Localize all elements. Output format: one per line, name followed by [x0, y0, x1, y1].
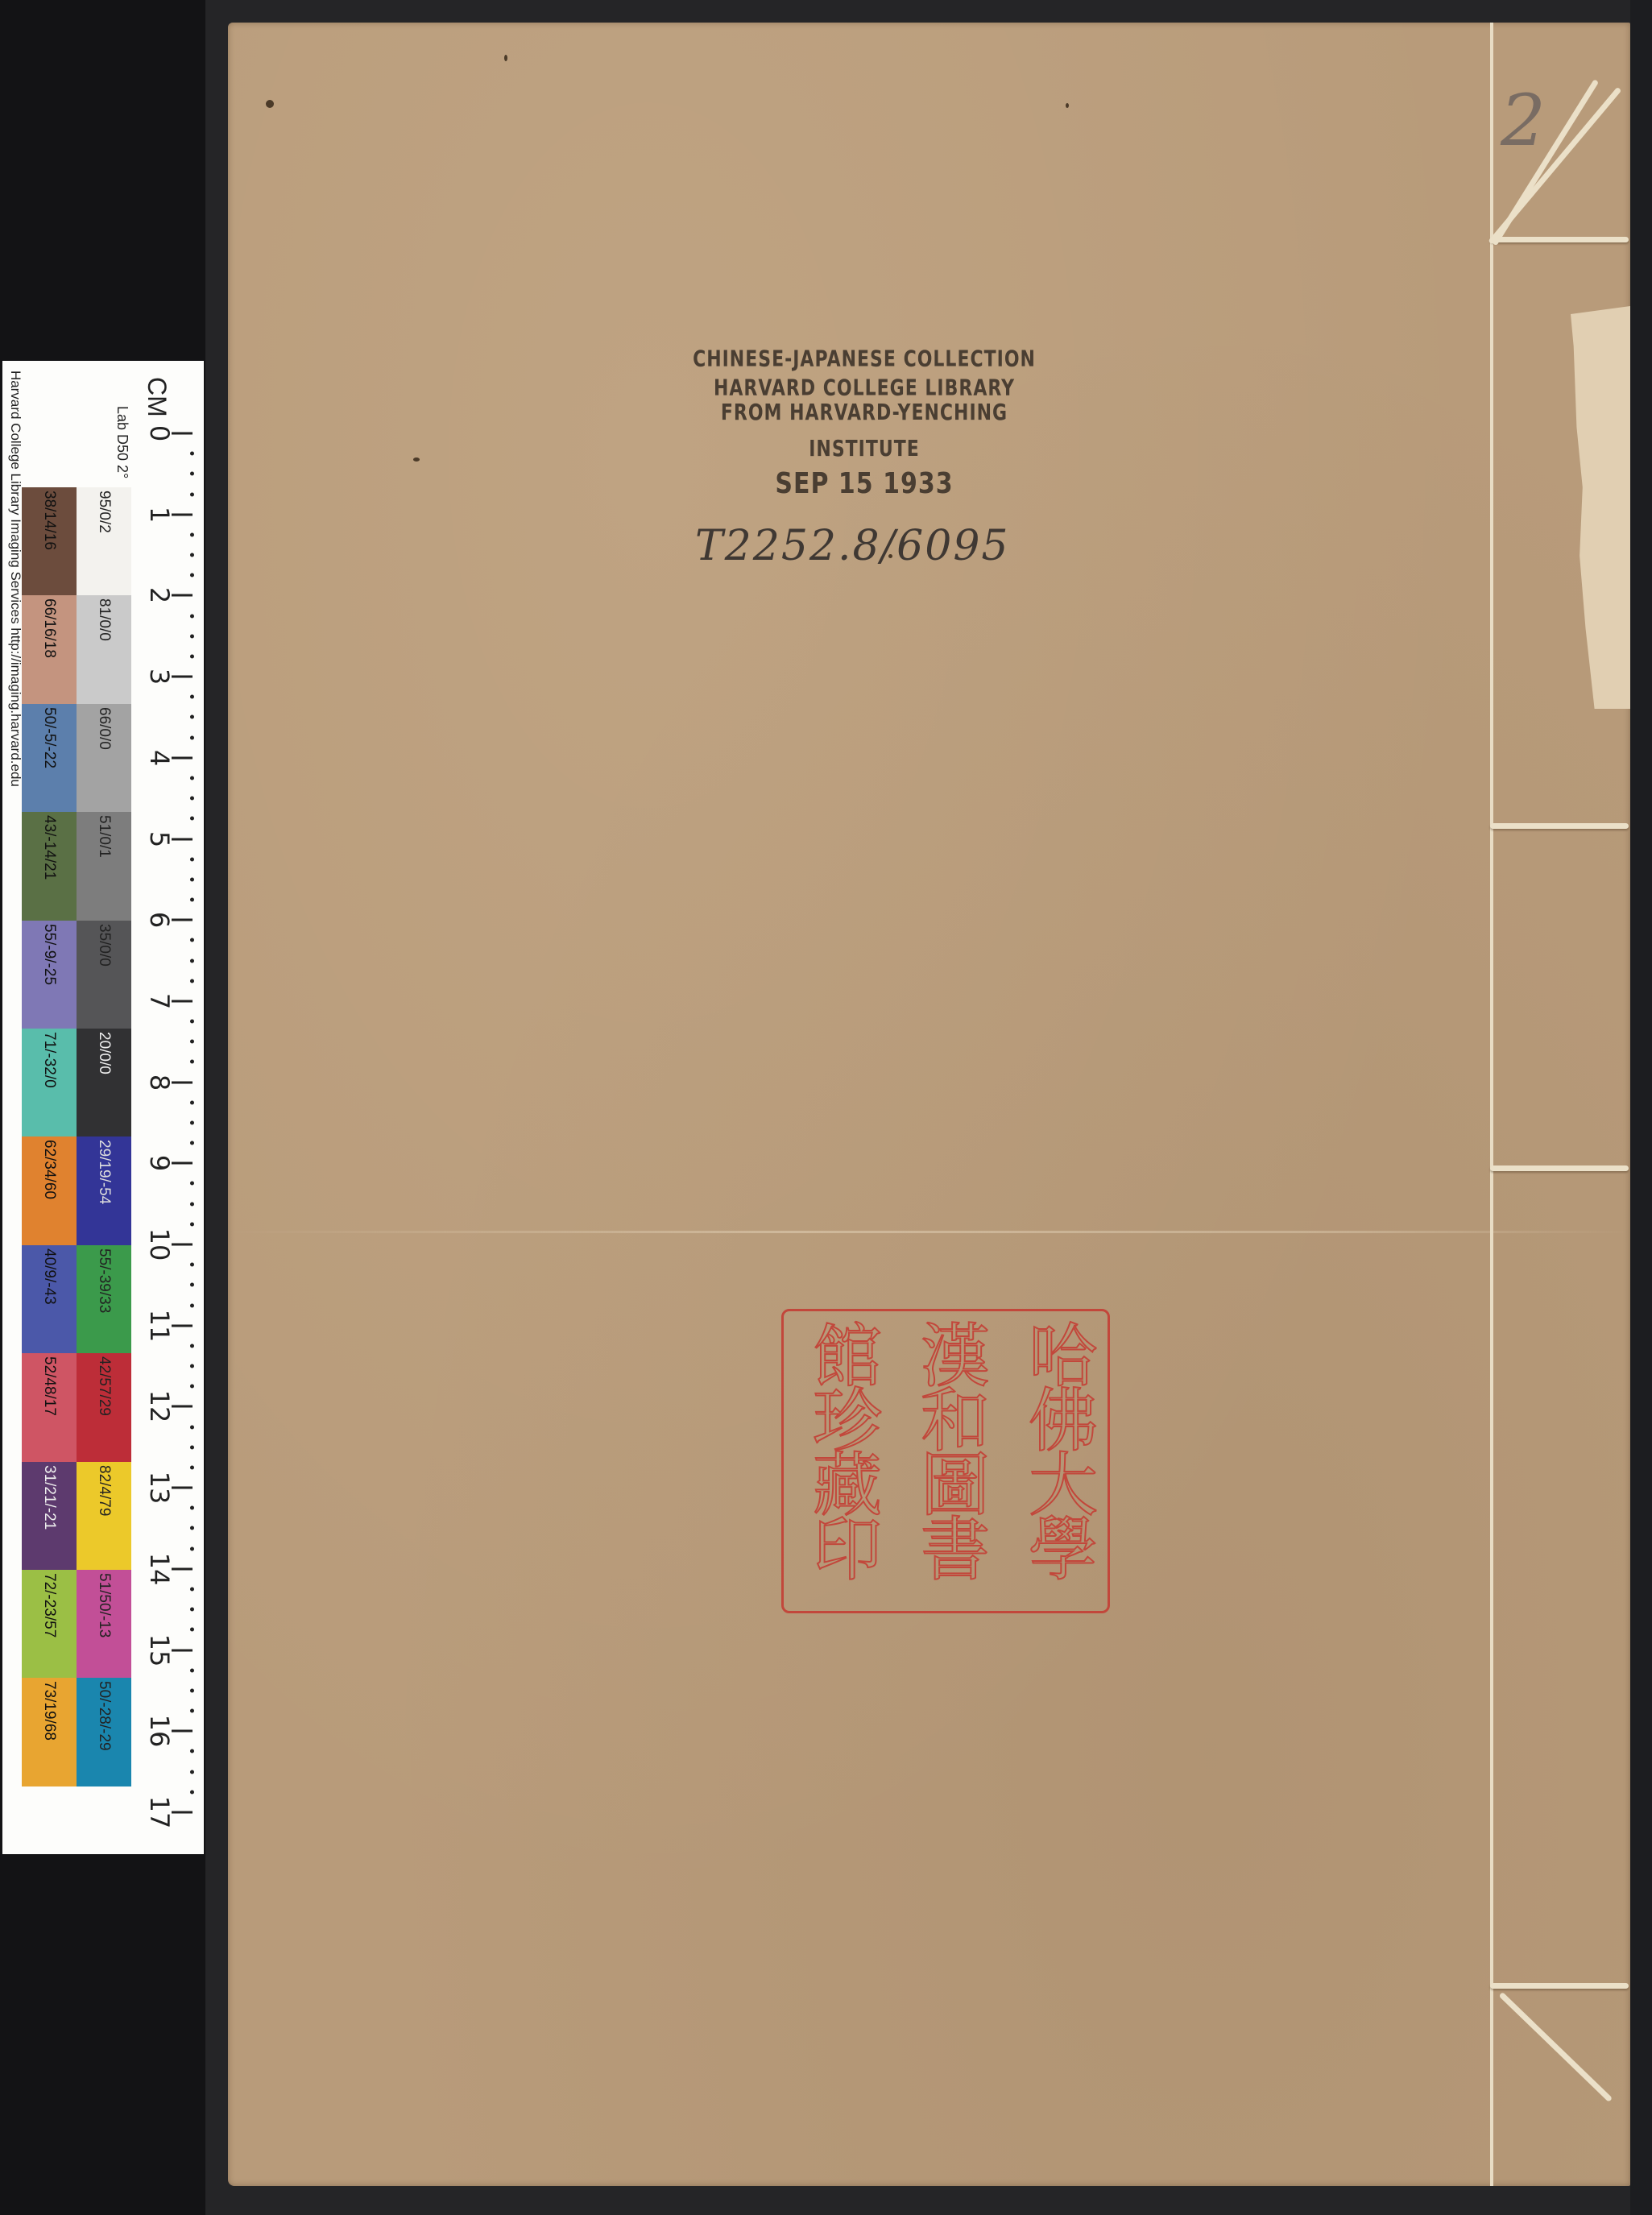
- ruler-dot: [190, 1222, 194, 1226]
- neutral-patch: 20/0/0: [77, 1029, 131, 1136]
- ruler-number: 13: [144, 1472, 175, 1505]
- patch-label: 71/-32/0: [40, 1032, 58, 1088]
- paper-speck: [1066, 103, 1069, 108]
- patch-label: 66/16/18: [40, 598, 58, 658]
- neutral-patch: 50/-28/-29: [77, 1678, 131, 1786]
- patch-label: 95/0/2: [95, 491, 113, 533]
- ruler-dot: [190, 735, 194, 739]
- ruler-dot: [190, 1141, 194, 1145]
- patch-label: 72/-23/57: [40, 1573, 58, 1637]
- ruler-number: 5: [144, 830, 175, 847]
- ruler-tick: [172, 838, 193, 840]
- horizontal-crease: [228, 1231, 1630, 1233]
- ruler-dot: [190, 1546, 194, 1550]
- red-library-seal: 哈佛大學 漢和圖書 館珍藏印: [781, 1309, 1110, 1613]
- ruler-number: 15: [144, 1633, 175, 1666]
- ruler-dot: [190, 1465, 194, 1469]
- patch-label: 82/4/79: [95, 1465, 113, 1516]
- color-patch: 31/21/-21: [22, 1462, 77, 1570]
- ruler-dot: [190, 1506, 194, 1510]
- ruler-tick: [172, 1730, 193, 1733]
- ruler-tick: [172, 676, 193, 678]
- patch-label: 55/-39/33: [95, 1248, 113, 1313]
- neutral-patch: 66/0/0: [77, 704, 131, 812]
- neutral-patch: 82/4/79: [77, 1462, 131, 1570]
- ruler-tick: [172, 1324, 193, 1327]
- pencil-volume-mark: 2: [1501, 79, 1546, 162]
- ruler-dot: [190, 1100, 194, 1104]
- color-patch: 43/-14/21: [22, 812, 77, 920]
- library-acquisition-stamp: CHINESE-JAPANESE COLLECTION HARVARD COLL…: [671, 345, 1058, 504]
- stamp-line-3: FROM HARVARD-YENCHING INSTITUTE: [671, 395, 1058, 468]
- ruler-number: 8: [144, 1074, 175, 1090]
- ruler-number: 2: [144, 587, 175, 603]
- ruler-dot: [190, 695, 194, 699]
- patch-label: 31/21/-21: [40, 1465, 58, 1530]
- ruler-dot: [190, 979, 194, 983]
- binding-stitch-2: [1490, 823, 1629, 829]
- ruler-dot: [190, 1445, 194, 1449]
- patch-label: 81/0/0: [95, 598, 113, 641]
- ruler-tick: [172, 756, 193, 759]
- patch-label: 40/9/-43: [40, 1248, 58, 1305]
- ruler-tick: [172, 1244, 193, 1246]
- ruler-dot: [190, 877, 194, 881]
- ruler-dot: [190, 1628, 194, 1632]
- ruler-dot: [190, 1526, 194, 1530]
- patch-label: 73/19/68: [40, 1681, 58, 1741]
- binding-thread-vertical: [1490, 23, 1493, 2186]
- ruler-tick: [172, 1567, 193, 1570]
- paper-speck: [504, 55, 507, 61]
- ruler-number: 16: [144, 1715, 175, 1748]
- color-patch: 52/48/17: [22, 1353, 77, 1461]
- ruler-dot: [190, 898, 194, 902]
- ruler-dot: [190, 1343, 194, 1348]
- neutral-patch: 55/-39/33: [77, 1245, 131, 1353]
- ruler-dot: [190, 1425, 194, 1429]
- ruler-dot: [190, 1770, 194, 1774]
- seal-column-1: 哈佛大學: [1012, 1319, 1101, 1577]
- ruler-dot: [190, 1608, 194, 1612]
- ruler-tick: [172, 1649, 193, 1651]
- color-patch: 66/16/18: [22, 595, 77, 703]
- patch-label: 20/0/0: [95, 1032, 113, 1074]
- binding-stitch-3: [1490, 1165, 1629, 1171]
- ruler-tick: [172, 919, 193, 921]
- handwritten-call-number: T2252.8/6095: [695, 522, 1010, 570]
- ruler-number: 11: [144, 1309, 175, 1342]
- thread-tail-bottom: [1499, 1992, 1613, 2102]
- seal-column-2: 漢和圖書: [905, 1319, 993, 1577]
- neutral-patch: 51/50/-13: [77, 1570, 131, 1678]
- ruler-number: 17: [144, 1796, 175, 1829]
- ruler-dot: [190, 1385, 194, 1389]
- neutral-patch: 42/57/29: [77, 1353, 131, 1461]
- book-back-cover: CHINESE-JAPANESE COLLECTION HARVARD COLL…: [228, 23, 1630, 2186]
- color-patch: 38/14/16: [22, 487, 77, 595]
- ruler-dot: [190, 797, 194, 801]
- ruler-tick: [172, 1162, 193, 1165]
- ruler-number: 7: [144, 993, 175, 1009]
- card-credit-text: Harvard College Library Imaging Services…: [7, 371, 23, 787]
- patch-label: 52/48/17: [40, 1356, 58, 1416]
- ruler-dot: [190, 1668, 194, 1672]
- ruler-tick: [172, 1811, 193, 1813]
- ruler-dot: [190, 1182, 194, 1186]
- color-patch: 72/-23/57: [22, 1570, 77, 1678]
- ruler-number: 3: [144, 669, 175, 685]
- color-patch: 62/34/60: [22, 1136, 77, 1244]
- ruler-dot: [190, 958, 194, 963]
- ruler-dot: [190, 492, 194, 496]
- ruler-dot: [190, 1263, 194, 1267]
- ruler-number: 4: [144, 750, 175, 766]
- ruler-dot: [190, 1060, 194, 1064]
- paper-speck: [413, 457, 420, 462]
- ruler-dot: [190, 1364, 194, 1368]
- ruler-dot: [190, 452, 194, 456]
- ruler-number: 9: [144, 1155, 175, 1171]
- patch-label: 62/34/60: [40, 1140, 58, 1199]
- ruler-dot: [190, 1040, 194, 1044]
- patch-label: 43/-14/21: [40, 815, 58, 880]
- ruler-dot: [190, 532, 194, 536]
- ruler-dot: [190, 614, 194, 618]
- patch-label: 42/57/29: [95, 1356, 113, 1416]
- patch-label: 50/-5/-22: [40, 707, 58, 768]
- binding-stitch-4: [1490, 1983, 1629, 1989]
- neutral-patch: 81/0/0: [77, 595, 131, 703]
- ruler-tick: [172, 1081, 193, 1083]
- ruler-number: 1: [144, 507, 175, 523]
- ruler-dot: [190, 857, 194, 861]
- patch-label: 55/-9/-25: [40, 924, 58, 985]
- ruler-dot: [190, 1020, 194, 1024]
- ruler-tick: [172, 594, 193, 597]
- ruler-dot: [190, 654, 194, 658]
- neutral-patch: 95/0/2: [77, 487, 131, 595]
- ruler-dot: [190, 1587, 194, 1591]
- ruler-dot: [190, 1303, 194, 1307]
- ruler-dot: [190, 472, 194, 476]
- patch-label: 51/0/1: [95, 815, 113, 858]
- ruler-tick: [172, 1487, 193, 1489]
- ruler-dot: [190, 938, 194, 942]
- seal-column-3: 館珍藏印: [797, 1319, 885, 1577]
- neutral-patch: 51/0/1: [77, 812, 131, 920]
- ruler-dot: [190, 1709, 194, 1713]
- paper-speck: [266, 100, 274, 108]
- torn-cover-patch: [1571, 306, 1630, 709]
- patch-label: 51/50/-13: [95, 1573, 113, 1637]
- ruler-dot: [190, 573, 194, 578]
- color-patch: 71/-32/0: [22, 1029, 77, 1136]
- ruler-dot: [190, 776, 194, 780]
- ruler-dot: [190, 715, 194, 719]
- ruler-dot: [190, 1688, 194, 1692]
- ruler-dot: [190, 1120, 194, 1124]
- card-unit-label: CM: [142, 377, 172, 417]
- patch-label: 38/14/16: [40, 491, 58, 550]
- stamp-date: SEP 15 1933: [671, 460, 1058, 508]
- color-calibration-card: Harvard College Library Imaging Services…: [2, 361, 204, 1854]
- ruler-number: 10: [144, 1228, 175, 1261]
- ruler-tick: [172, 1000, 193, 1002]
- ruler-dot: [190, 1790, 194, 1794]
- ruler-dot: [190, 1283, 194, 1287]
- ruler-number: 6: [144, 912, 175, 928]
- ruler-dot: [190, 817, 194, 821]
- color-patch: 40/9/-43: [22, 1245, 77, 1353]
- neutral-patch: 35/0/0: [77, 921, 131, 1029]
- ruler-number: 14: [144, 1552, 175, 1585]
- ruler-dot: [190, 1202, 194, 1206]
- patch-label: 35/0/0: [95, 924, 113, 967]
- color-patch: 73/19/68: [22, 1678, 77, 1786]
- mounting-board-right-edge: [1630, 0, 1652, 2215]
- ruler-tick: [172, 433, 193, 435]
- ruler-number: 12: [144, 1390, 175, 1423]
- neutral-patch: 29/19/-54: [77, 1136, 131, 1244]
- ruler-tick: [172, 513, 193, 515]
- patch-label: 29/19/-54: [95, 1140, 113, 1204]
- patch-label: 66/0/0: [95, 707, 113, 750]
- ruler-dot: [190, 634, 194, 638]
- ruler-number: 0: [144, 425, 175, 441]
- card-lab-label: Lab D50 2°: [114, 406, 130, 478]
- binding-stitch-1: [1490, 237, 1629, 242]
- ruler-dot: [190, 1749, 194, 1753]
- color-patch: 55/-9/-25: [22, 921, 77, 1029]
- patch-label: 50/-28/-29: [95, 1681, 113, 1751]
- ruler-dot: [190, 553, 194, 557]
- ruler-tick: [172, 1406, 193, 1408]
- color-patch: 50/-5/-22: [22, 704, 77, 812]
